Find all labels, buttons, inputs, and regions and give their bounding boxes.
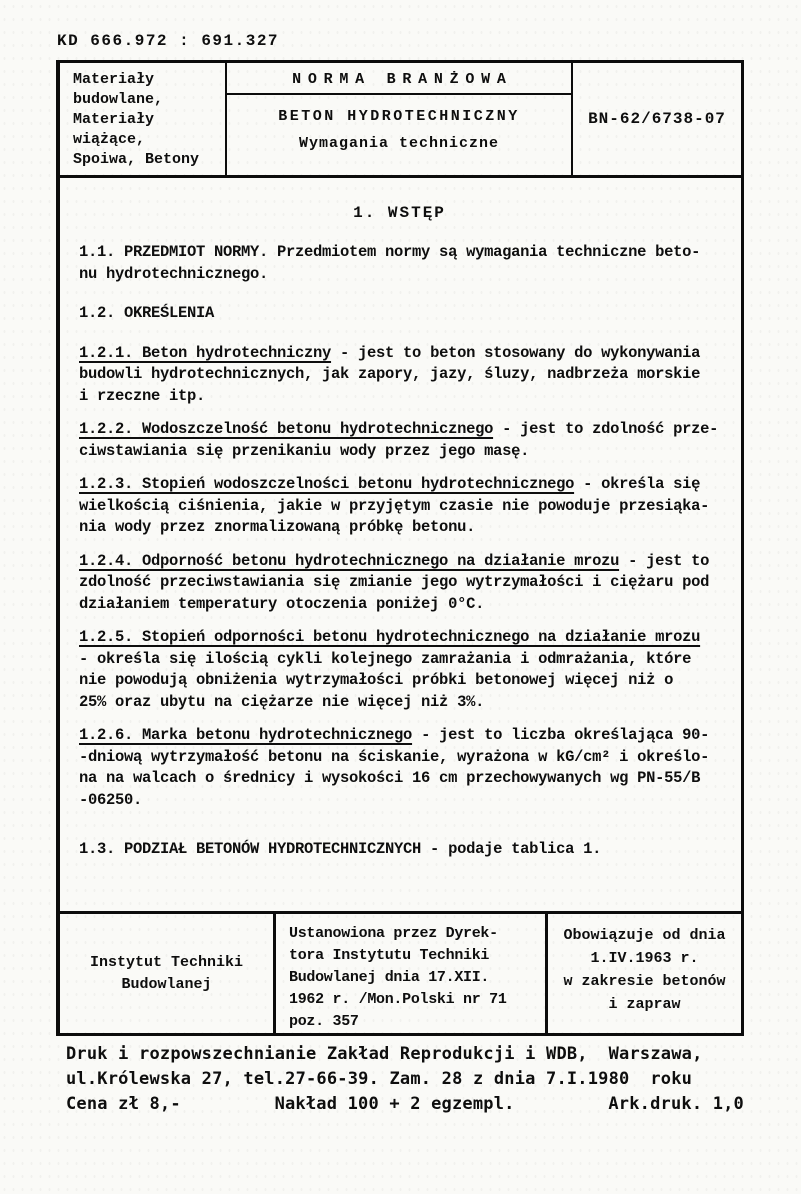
paragraph-1-1: 1.1. PRZEDMIOT NORMY. Przedmiotem normy … (79, 242, 720, 285)
imprint-line-2: ul.Królewska 27, tel.27-66-39. Zam. 28 z… (66, 1067, 744, 1092)
issuer-cell: Instytut Techniki Budowlanej (60, 914, 276, 1033)
document-title: BETON HYDROTECHNICZNY (227, 108, 571, 125)
definition-1-2-1-term: 1.2.1. Beton hydrotechniczny (79, 344, 331, 362)
definition-1-2-6: 1.2.6. Marka betonu hydrotechnicznego - … (79, 725, 720, 811)
document-frame: Materiały budowlane, Materiały wiążące, … (56, 60, 744, 1036)
effective-date-cell: Obowiązuje od dnia 1.IV.1963 r. w zakres… (548, 914, 741, 1033)
imprint-line-3: Cena zł 8,- Nakład 100 + 2 egzempl. Ark.… (66, 1092, 744, 1117)
definition-1-2-4-term: 1.2.4. Odporność betonu hydrotechniczneg… (79, 552, 619, 570)
imprint-edition-size: Nakład 100 + 2 egzempl. (275, 1092, 515, 1117)
imprint-block: Druk i rozpowszechnianie Zakład Reproduk… (66, 1042, 744, 1117)
definition-1-2-4: 1.2.4. Odporność betonu hydrotechniczneg… (79, 551, 720, 616)
definition-1-2-5-text: - określa się ilością cykli kolejnego za… (79, 650, 691, 711)
definition-1-2-6-term: 1.2.6. Marka betonu hydrotechnicznego (79, 726, 412, 744)
definition-1-2-1: 1.2.1. Beton hydrotechniczny - jest to b… (79, 343, 720, 408)
definition-1-2-5: 1.2.5. Stopień odporności betonu hydrote… (79, 627, 720, 713)
scanned-standard-page: { "page": { "udc_code": "KD 666.972 : 69… (0, 0, 801, 1194)
definition-1-2-3: 1.2.3. Stopień wodoszczelności betonu hy… (79, 474, 720, 539)
header-category-cell: Materiały budowlane, Materiały wiążące, … (60, 63, 227, 175)
imprint-price: Cena zł 8,- (66, 1092, 181, 1117)
norm-number: BN-62/6738-07 (573, 63, 741, 175)
document-body: 1. WSTĘP 1.1. PRZEDMIOT NORMY. Przedmiot… (60, 178, 741, 861)
definition-1-2-5-term: 1.2.5. Stopień odporności betonu hydrote… (79, 628, 700, 646)
document-subtitle: Wymagania techniczne (227, 135, 571, 152)
paragraph-1-3: 1.3. PODZIAŁ BETONÓW HYDROTECHNICZNYCH -… (79, 839, 720, 861)
approval-table: Instytut Techniki Budowlanej Ustanowiona… (60, 911, 741, 1033)
udc-classification-code: KD 666.972 : 691.327 (57, 32, 279, 50)
section-1-heading: 1. WSTĘP (79, 204, 720, 222)
header-table: Materiały budowlane, Materiały wiążące, … (60, 63, 741, 178)
imprint-printing-sheets: Ark.druk. 1,0 (608, 1092, 744, 1117)
established-by-cell: Ustanowiona przez Dyrek- tora Instytutu … (276, 914, 548, 1033)
definition-1-2-2: 1.2.2. Wodoszczelność betonu hydrotechni… (79, 419, 720, 462)
definition-1-2-2-term: 1.2.2. Wodoszczelność betonu hydrotechni… (79, 420, 493, 438)
header-title-cell: NORMA BRANŻOWA BETON HYDROTECHNICZNY Wym… (227, 63, 573, 175)
definition-1-2-3-term: 1.2.3. Stopień wodoszczelności betonu hy… (79, 475, 574, 493)
norm-kind-label: NORMA BRANŻOWA (227, 63, 571, 95)
paragraph-1-2: 1.2. OKREŚLENIA (79, 303, 720, 325)
imprint-line-1: Druk i rozpowszechnianie Zakład Reproduk… (66, 1042, 744, 1067)
